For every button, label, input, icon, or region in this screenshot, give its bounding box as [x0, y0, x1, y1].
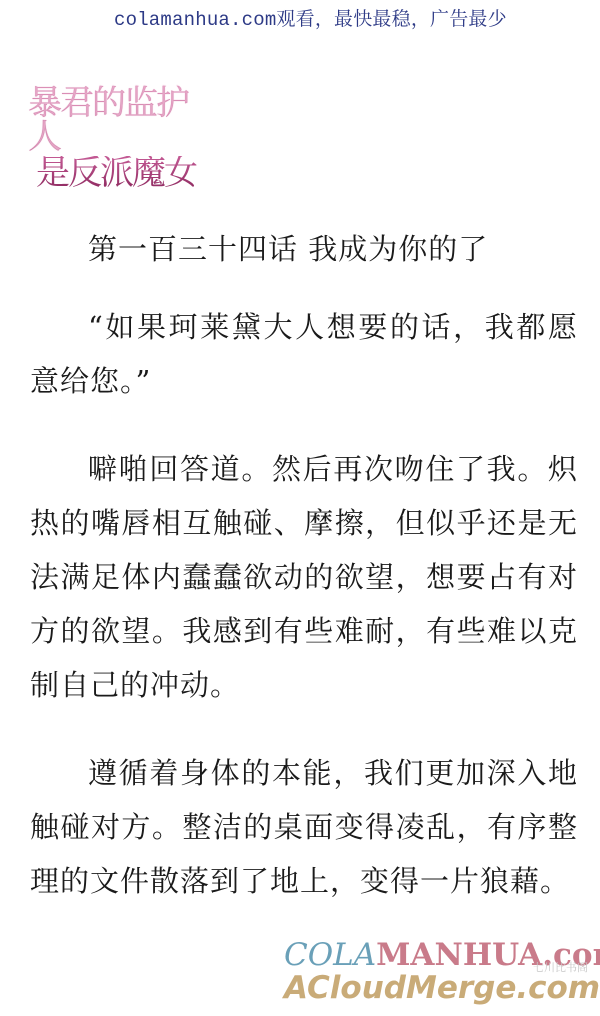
chapter-title: 第一百三十四话 我成为你的了 [30, 222, 578, 276]
watermark-faint-text: 七川比书阁 [533, 962, 588, 973]
comic-logo: 暴君的监护人 是反派魔女 [28, 86, 218, 190]
paragraph-3: 遵循着身体的本能，我们更加深入地触碰对方。整洁的桌面变得凌乱，有序整理的文件散落… [30, 746, 578, 908]
logo-line-1: 暴君的监护人 [28, 86, 218, 154]
watermark: COLAMANHUA.com ACloudMerge.com 七川比书阁 [284, 940, 600, 1004]
paragraph-2: 噼啪回答道。然后再次吻住了我。炽热的嘴唇相互触碰、摩擦，但似乎还是无法满足体内蠢… [30, 442, 578, 712]
site-banner: colamanhua.com观看，最快最稳，广告最少 [114, 4, 507, 31]
watermark-acloudmerge: ACloudMerge.com [284, 973, 600, 1004]
paragraph-1: “如果珂莱黛大人想要的话，我都愿意给您。” [30, 300, 578, 408]
logo-line-2: 是反派魔女 [36, 156, 218, 190]
watermark-cola: COLA [284, 937, 376, 973]
chapter-content: 第一百三十四话 我成为你的了 “如果珂莱黛大人想要的话，我都愿意给您。” 噼啪回… [30, 222, 578, 942]
